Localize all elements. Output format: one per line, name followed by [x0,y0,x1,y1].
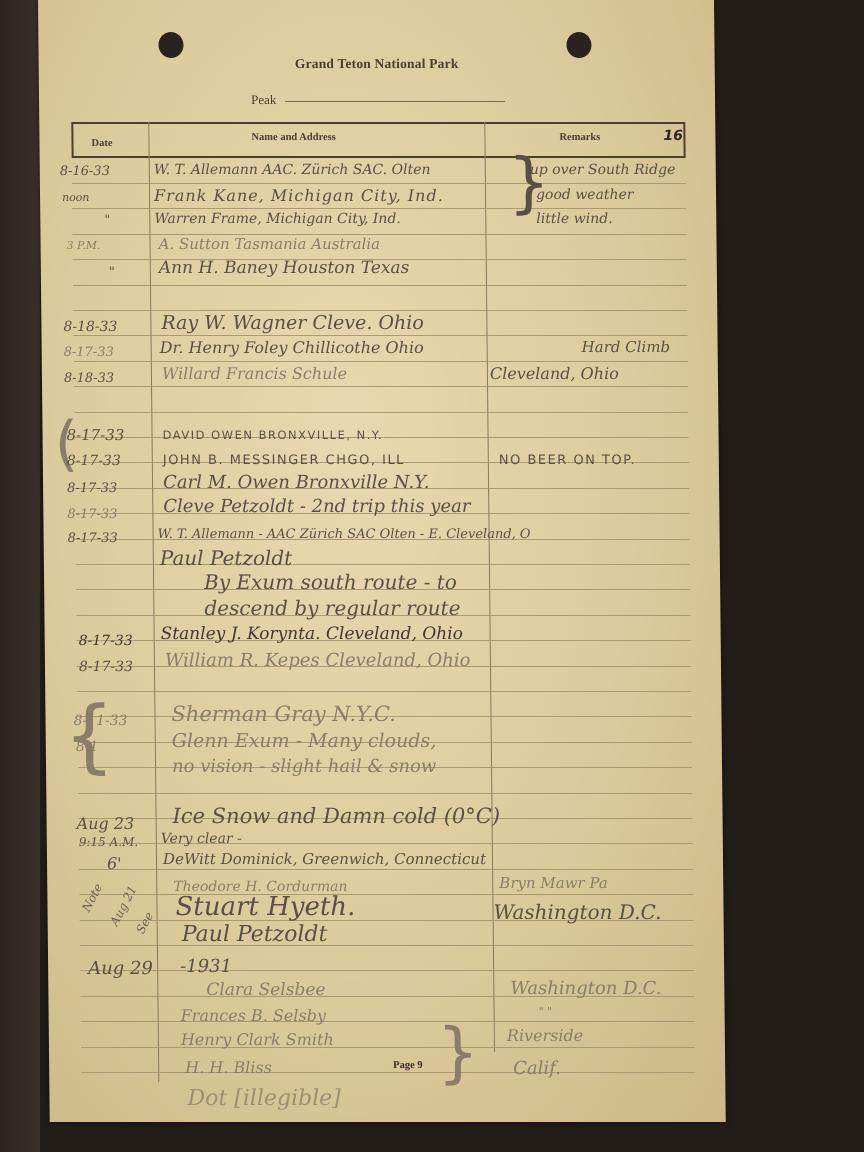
sheet-number: 16 [663,128,683,144]
entry-remarks: up over South Ridge [530,163,676,177]
entry-name: no vision - slight hail & snow [172,758,436,776]
page-number: Page 9 [393,1060,423,1071]
entry-name: William R. Kepes Cleveland, Ohio [165,652,471,670]
entry-remarks: good weather [536,188,634,202]
page-title: Grand Teton National Park [39,56,715,72]
entry-name: Ann H. Baney Houston Texas [159,260,410,277]
entry-name: Paul Petzoldt [160,548,293,568]
ruled-line [72,208,686,209]
entry-remarks: Cleveland, Ohio [490,366,619,382]
ruled-line [73,310,687,311]
entry-date: 8-11-33 [73,714,127,728]
peak-label: Peak [251,92,276,108]
entry-name: Stuart Hyeth. [175,894,355,920]
entry-date: 8-18-33 [64,372,114,385]
entry-remarks: Calif. [513,1060,561,1078]
entry-date: 9:15 A.M. [79,836,138,848]
entry-name: Frances B. Selsby [181,1008,326,1024]
ruled-line [79,894,693,895]
margin-note: Aug 21 [107,883,139,928]
header-name-address: Name and Address [251,132,336,143]
ruled-line [74,361,688,362]
ruled-line [72,183,686,184]
entry-name: descend by regular route [204,598,460,618]
ruled-line [78,793,692,794]
bracket: { [63,696,115,776]
ruled-line [74,412,688,413]
ruled-line [77,691,691,692]
binder-hole-left [158,32,183,58]
entry-date: 8-17-33 [67,482,117,495]
entry-date: 8-17-33 [66,428,124,443]
entry-name: A. Sutton Tasmania Australia [158,237,380,252]
date-column-divider [148,122,159,1082]
entry-name: Ray W. Wagner Cleve. Ohio [161,314,424,333]
ruled-line [81,1072,695,1073]
entry-name: Willard Francis Schule [162,366,347,382]
ruled-line [74,335,688,336]
entry-date: Aug 29 [88,960,153,978]
bracket: } [508,150,551,216]
entry-name: Warren Frame, Michigan City, Ind. [154,212,401,226]
entry-name: Dr. Henry Foley Chillicothe Ohio [160,340,424,356]
entry-date: noon [62,192,90,203]
ruled-line [81,1021,695,1022]
entry-date: 8-17-33 [79,634,133,648]
entry-remarks: " " [539,1006,553,1017]
entry-name: H. H. Bliss [185,1060,272,1076]
entry-name: -1931 [180,958,232,976]
entry-remarks: Riverside [507,1028,584,1044]
ruled-line [81,1047,695,1048]
bracket: } [437,1020,480,1086]
entry-name: DAVID OWEN BRONXVILLE, N.Y. [163,430,384,442]
entry-date: 8-17-33 [67,454,121,468]
dark-backdrop [0,0,40,1152]
entry-date: 8-17-33 [79,660,133,674]
entry-remarks: Bryn Mawr Pa [499,876,608,891]
entry-name: Cleve Petzoldt - 2nd trip this year [163,498,470,516]
column-header-box: Date Name and Address Remarks 16 [71,122,685,158]
entry-name: W. T. Allemann - AAC Zürich SAC Olten - … [158,528,531,541]
logbook-page: Grand Teton National Park Peak Date Name… [38,0,726,1122]
entry-name: Glenn Exum - Many clouds, [172,732,437,751]
entry-name: Very clear - [161,832,242,846]
ruled-line [74,386,688,387]
entry-name: Ice Snow and Damn cold (0°C) [172,806,500,827]
margin-note: Note [79,881,105,914]
entry-name: DeWitt Dominick, Greenwich, Connecticut [163,852,486,867]
entry-date: Aug 23 [77,816,135,832]
entry-remarks: Washington D.C. [510,980,661,998]
entry-name: Clara Selsbee [206,982,325,999]
ruled-line [80,945,694,946]
entry-name: Henry Clark Smith [181,1032,334,1048]
margin-note: 6' [107,856,122,872]
entry-date: 8-17-33 [64,346,114,359]
entry-date: 8-17-33 [67,508,117,521]
entry-date: " [104,214,110,227]
header-remarks: Remarks [559,132,600,143]
entry-date: 8-18-33 [63,320,117,334]
peak-field [285,101,505,102]
entry-name: By Exum south route - to [204,572,457,592]
entry-date: 3 P.M. [67,240,101,251]
entry-name: W. T. Allemann AAC. Zürich SAC. Olten [154,163,431,177]
margin-note: See [133,910,156,936]
entry-name: Sherman Gray N.Y.C. [171,704,396,725]
ruled-line [80,970,694,971]
ruled-line [73,285,687,286]
entry-name: Frank Kane, Michigan City, Ind. [154,188,444,204]
entry-name: Paul Petzoldt [182,924,328,946]
entry-remarks: Hard Climb [582,340,671,355]
entry-date: 8-16-33 [60,165,110,178]
entry-name: Stanley J. Korynta. Cleveland, Ohio [161,626,463,643]
entry-name: JOHN B. MESSINGER CHGO, ILL [163,454,405,467]
header-date: Date [91,138,112,149]
ruled-line [79,869,693,870]
entry-name: Carl M. Owen Bronxville N.Y. [163,474,430,492]
entry-remarks: Washington D.C. [493,902,661,922]
entry-date: 8-17-33 [68,532,118,545]
entry-remarks: NO BEER ON TOP. [499,454,636,467]
entry-name: Dot [illegible] [187,1088,341,1110]
binder-hole-right [566,32,591,58]
entry-date: " [109,266,115,279]
entry-date: 8-1 [76,740,99,754]
